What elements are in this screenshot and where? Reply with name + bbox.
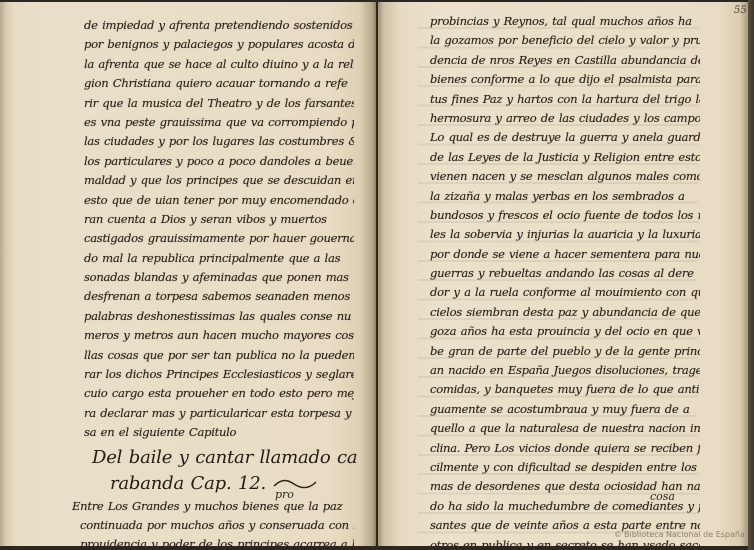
chapter-text-line: prouidencia y poder de los principes aca… xyxy=(80,535,354,546)
right-page-text: probincias y Reynos, tal qual muchos año… xyxy=(430,12,700,546)
text-line: llas cosas que por ser tan publica no la… xyxy=(84,346,354,365)
text-line: los particulares y poco a poco dandoles … xyxy=(84,152,354,171)
text-line: cuio cargo esta proueher en todo esto pe… xyxy=(84,384,354,403)
text-line: do mal la republica principalmente que a… xyxy=(84,249,354,268)
text-line: goza años ha esta prouincia y del ocio e… xyxy=(430,322,700,341)
text-line: las ciudades y por los lugares las costu… xyxy=(84,132,354,151)
text-line: rir que la musica del Theatro y de los f… xyxy=(84,94,354,113)
text-line: por donde se viene a hacer sementera par… xyxy=(430,245,700,264)
chapter-text-line: Entre Los Grandes y muchos bienes que la… xyxy=(72,497,354,516)
page-number: 55 xyxy=(734,5,747,16)
text-line: hermosura y arreo de las ciudades y los … xyxy=(430,109,700,128)
text-line: la afrenta que se hace al culto diuino y… xyxy=(84,55,354,74)
text-line: cilmente y con dificultad se despiden en… xyxy=(430,458,700,477)
text-line: sonadas blandas y afeminadas que ponen m… xyxy=(84,268,354,287)
text-line: castigados grauissimamente por hauer gou… xyxy=(84,229,354,248)
text-line: gion Christiana quiero acauar tornando a… xyxy=(84,74,354,93)
text-line: maldad y que los principes que se descui… xyxy=(84,171,354,190)
text-line: la gozamos por beneficio del cielo y val… xyxy=(430,31,700,50)
text-line: Lo qual es de destruye la guerra y anela… xyxy=(430,128,700,147)
text-line: guamente se acostumbraua y muy fuera de … xyxy=(430,400,700,419)
text-line: dencia de nros Reyes en Castilla abundan… xyxy=(430,51,700,70)
text-line: cielos siembran desta paz y abundancia d… xyxy=(430,303,700,322)
text-line: esto que de uian tener por muy encomenda… xyxy=(84,191,354,210)
text-line: comidas, y banquetes muy fuera de lo que… xyxy=(430,380,700,399)
text-line: es vna peste grauissima que va corrompie… xyxy=(84,113,354,132)
chapter-text-line: continuada por muchos años y conseruada … xyxy=(80,516,354,535)
text-line: sa en el siguiente Capitulo xyxy=(84,423,354,442)
text-line: dor y a la ruela conforme al mouimiento … xyxy=(430,283,700,302)
text-line: de las Leyes de la Justicia y Religion e… xyxy=(430,148,700,167)
catchword: pro xyxy=(275,488,294,501)
text-line: ra declarar mas y particularicar esta to… xyxy=(84,404,354,423)
left-page-text: de impiedad y afrenta pretendiendo soste… xyxy=(84,16,354,546)
text-line: ran cuenta a Dios y seran vibos y muerto… xyxy=(84,210,354,229)
copyright-icon: © xyxy=(614,530,622,539)
right-page: 55 probincias y Reynos, tal qual muchos … xyxy=(378,2,748,546)
text-line: les la sobervia y injurias la auaricia y… xyxy=(430,225,700,244)
text-line: an nacido en España Juegos disoluciones,… xyxy=(430,361,700,380)
book-edge xyxy=(748,0,754,550)
text-line: meros y metros aun hacen mucho mayores c… xyxy=(84,326,354,345)
left-page: de impiedad y afrenta pretendiendo soste… xyxy=(0,2,376,546)
text-line: la zizaña y malas yerbas en los sembrado… xyxy=(430,187,700,206)
chapter-heading-line-1: Del baile y cantar llamado ca xyxy=(84,445,354,471)
text-line: por benignos y palaciegos y populares ac… xyxy=(84,35,354,54)
text-line: guerras y rebueltas andando las cosas al… xyxy=(430,264,700,283)
text-line: desfrenan a torpesa sabemos seanaden men… xyxy=(84,287,354,306)
text-line: palabras deshonestissimas las quales con… xyxy=(84,307,354,326)
text-line: bundosos y frescos el ocio fuente de tod… xyxy=(430,206,700,225)
chapter-heading-text: rabanda Cap. 12. xyxy=(110,473,266,494)
text-line: probincias y Reynos, tal qual muchos año… xyxy=(430,12,700,31)
text-line: vienen nacen y se mesclan algunos males … xyxy=(430,167,700,186)
text-line: rar los dichos Principes Ecclesiasticos … xyxy=(84,365,354,384)
text-line: de impiedad y afrenta pretendiendo soste… xyxy=(84,16,354,35)
text-line: bienes conforme a lo que dijo el psalmis… xyxy=(430,70,700,89)
chapter-heading-line-2: rabanda Cap. 12. xyxy=(84,471,354,497)
catchword: cosa xyxy=(650,490,675,503)
text-line: be gran de parte del pueblo y de la gent… xyxy=(430,342,700,361)
watermark-text: Biblioteca Nacional de España xyxy=(624,530,745,539)
text-line: tus fines Paz y hartos con la hartura de… xyxy=(430,90,700,109)
manuscript-spread: de impiedad y afrenta pretendiendo soste… xyxy=(0,0,754,550)
library-watermark: © Biblioteca Nacional de España xyxy=(614,530,745,539)
text-line: clina. Pero Los vicios donde quiera se r… xyxy=(430,439,700,458)
text-line: quello a que la naturalesa de nuestra na… xyxy=(430,419,700,438)
